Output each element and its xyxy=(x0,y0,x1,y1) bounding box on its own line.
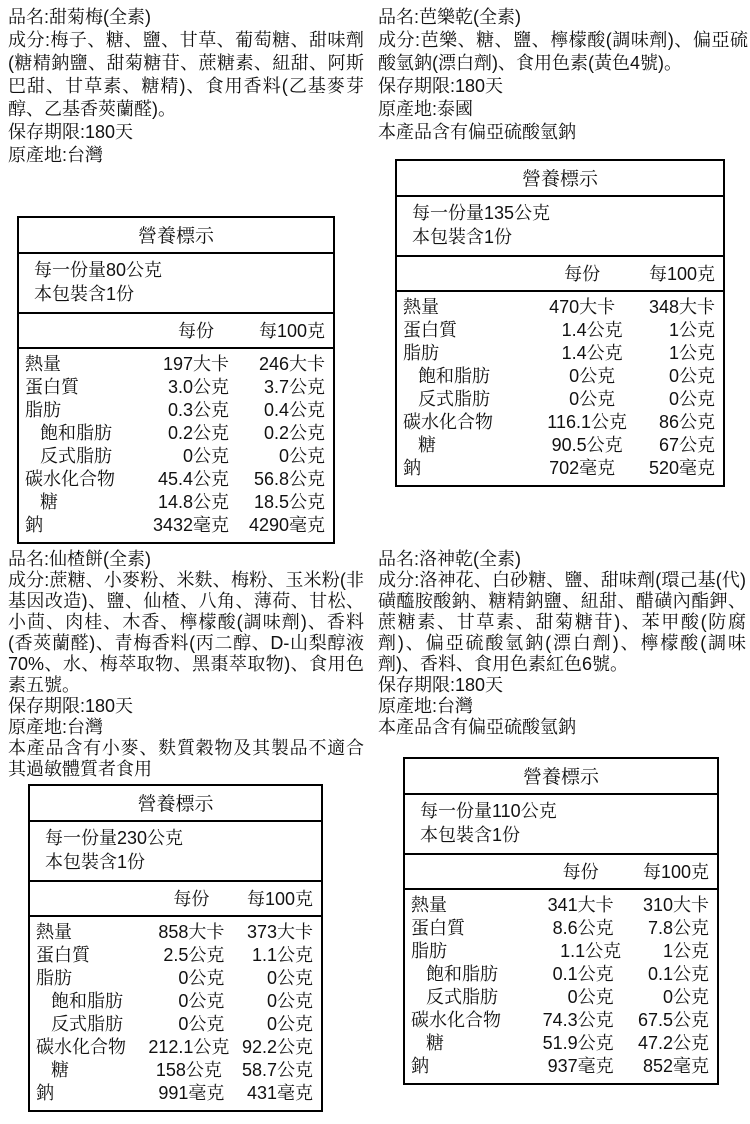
per-serving-value: 470大卡 xyxy=(515,296,615,319)
serving-section: 每一份量80公克 本包裝含1份 xyxy=(19,254,333,314)
per-serving-value: 702毫克 xyxy=(515,457,615,480)
column-header-spacer xyxy=(36,885,136,911)
product-origin: 原產地:台灣 xyxy=(8,144,364,167)
product-origin: 原產地:泰國 xyxy=(378,98,748,121)
nutrition-row: 糖 158公克 58.7公克 xyxy=(36,1059,313,1082)
product-info-hawthorn-cake: 品名:仙楂餅(全素) 成分:蔗糖、小麥粉、米麩、梅粉、玉米粉(非基因改造)、鹽、… xyxy=(8,549,364,780)
col-header-per-serving: 每份 xyxy=(515,260,600,286)
column-header-spacer xyxy=(411,858,518,884)
product-shelf-life: 保存期限:180天 xyxy=(378,75,748,98)
nutrition-row: 碳水化合物 74.3公克 67.5公克 xyxy=(411,1009,709,1032)
per-serving-value: 116.1公克 xyxy=(515,411,627,434)
nutrient-label: 鈉 xyxy=(36,1082,136,1105)
product-name: 品名:芭樂乾(全素) xyxy=(378,6,748,29)
col-header-per-serving: 每份 xyxy=(133,317,214,343)
per-100g-value: 373大卡 xyxy=(224,921,313,944)
nutrient-label: 碳水化合物 xyxy=(403,411,515,434)
per-100g-value: 0.4公克 xyxy=(229,399,325,422)
per-100g-value: 0.2公克 xyxy=(229,422,325,445)
per-serving-value: 991毫克 xyxy=(136,1082,225,1105)
nutrient-label: 飽和脂肪 xyxy=(25,422,133,445)
product-name: 品名:仙楂餅(全素) xyxy=(8,549,364,570)
nutrition-body: 熱量 858大卡 373大卡 蛋白質 2.5公克 1.1公克 脂肪 0公克 0公… xyxy=(30,917,321,1110)
nutrition-row: 脂肪 1.1公克 1公克 xyxy=(411,940,709,963)
column-headers: 每份 每100克 xyxy=(19,314,333,349)
nutrient-label: 飽和脂肪 xyxy=(36,990,136,1013)
per-serving-value: 0公克 xyxy=(515,388,615,411)
nutrient-label: 熱量 xyxy=(403,296,515,319)
product-ingredients: 成分:芭樂、糖、鹽、檸檬酸(調味劑)、偏亞硫酸氫鈉(漂白劑)、食用色素(黃色4號… xyxy=(378,29,748,75)
per-100g-value: 58.7公克 xyxy=(222,1059,313,1082)
per-serving-value: 0公克 xyxy=(136,1013,225,1036)
per-100g-value: 0公克 xyxy=(224,967,313,990)
servings-per-pack: 本包裝含1份 xyxy=(34,282,325,306)
nutrient-label: 反式脂肪 xyxy=(36,1013,136,1036)
product-note: 本產品含有偏亞硫酸氫鈉 xyxy=(378,717,746,738)
product-ingredients: 成分:梅子、糖、鹽、甘草、葡萄糖、甜味劑(糖精鈉鹽、甜菊糖苷、蔗糖素、紐甜、阿斯… xyxy=(8,29,364,121)
per-serving-value: 0公克 xyxy=(518,986,613,1009)
column-headers: 每份 每100克 xyxy=(30,882,321,917)
nutrition-row: 脂肪 1.4公克 1公克 xyxy=(403,342,715,365)
per-serving-value: 212.1公克 xyxy=(136,1036,230,1059)
serving-section: 每一份量230公克 本包裝含1份 xyxy=(30,822,321,882)
nutrition-row: 脂肪 0.3公克 0.4公克 xyxy=(25,399,325,422)
product-name: 品名:洛神乾(全素) xyxy=(378,549,746,570)
per-100g-value: 67公克 xyxy=(623,434,715,457)
serving-section: 每一份量135公克 本包裝含1份 xyxy=(397,197,723,257)
nutrition-row: 鈉 991毫克 431毫克 xyxy=(36,1082,313,1105)
nutrient-label: 熱量 xyxy=(36,921,136,944)
nutrient-label: 蛋白質 xyxy=(36,944,136,967)
nutrition-row: 熱量 858大卡 373大卡 xyxy=(36,921,313,944)
per-100g-value: 0公克 xyxy=(615,388,715,411)
col-header-per-100g: 每100克 xyxy=(214,317,325,343)
nutrition-row: 飽和脂肪 0.2公克 0.2公克 xyxy=(25,422,325,445)
nutrition-row: 反式脂肪 0公克 0公克 xyxy=(411,986,709,1009)
per-100g-value: 67.5公克 xyxy=(614,1009,709,1032)
nutrient-label: 糖 xyxy=(25,491,133,514)
per-100g-value: 852毫克 xyxy=(614,1055,709,1078)
column-header-spacer xyxy=(25,317,133,343)
per-serving-value: 3.0公克 xyxy=(133,376,229,399)
per-100g-value: 92.2公克 xyxy=(229,1036,313,1059)
per-serving-value: 8.6公克 xyxy=(518,917,613,940)
nutrition-body: 熱量 470大卡 348大卡 蛋白質 1.4公克 1公克 脂肪 1.4公克 1公… xyxy=(397,292,723,485)
nutrition-table-dried-guava: 營養標示 每一份量135公克 本包裝含1份 每份 每100克 熱量 470大卡 … xyxy=(395,159,725,487)
nutrition-row: 糖 90.5公克 67公克 xyxy=(403,434,715,457)
product-ingredients: 成分:蔗糖、小麥粉、米麩、梅粉、玉米粉(非基因改造)、鹽、仙楂、八角、薄荷、甘松… xyxy=(8,570,364,696)
page: { "products": [ { "name": "品名:甜菊梅(全素)", … xyxy=(0,0,750,1124)
nutrition-table-dried-roselle: 營養標示 每一份量110公克 本包裝含1份 每份 每100克 熱量 341大卡 … xyxy=(403,757,719,1085)
nutrition-row: 鈉 702毫克 520毫克 xyxy=(403,457,715,480)
nutrient-label: 飽和脂肪 xyxy=(411,963,518,986)
nutrition-title: 營養標示 xyxy=(405,759,717,795)
per-100g-value: 3.7公克 xyxy=(229,376,325,399)
nutrition-row: 蛋白質 8.6公克 7.8公克 xyxy=(411,917,709,940)
serving-size: 每一份量80公克 xyxy=(34,258,325,282)
per-serving-value: 0公克 xyxy=(136,990,225,1013)
nutrient-label: 脂肪 xyxy=(403,342,515,365)
nutrition-row: 熱量 341大卡 310大卡 xyxy=(411,894,709,917)
per-100g-value: 0公克 xyxy=(614,986,709,1009)
nutrition-row: 反式脂肪 0公克 0公克 xyxy=(25,445,325,468)
nutrition-row: 鈉 937毫克 852毫克 xyxy=(411,1055,709,1078)
nutrition-row: 反式脂肪 0公克 0公克 xyxy=(36,1013,313,1036)
product-origin: 原產地:台灣 xyxy=(378,696,746,717)
per-100g-value: 1公克 xyxy=(623,319,715,342)
product-shelf-life: 保存期限:180天 xyxy=(8,121,364,144)
nutrition-table-stevia-plum: 營養標示 每一份量80公克 本包裝含1份 每份 每100克 熱量 197大卡 2… xyxy=(17,216,335,544)
per-100g-value: 1公克 xyxy=(621,940,709,963)
nutrition-row: 碳水化合物 45.4公克 56.8公克 xyxy=(25,468,325,491)
per-serving-value: 0.1公克 xyxy=(518,963,613,986)
nutrient-label: 熱量 xyxy=(25,353,133,376)
col-header-per-100g: 每100克 xyxy=(209,885,313,911)
nutrition-row: 蛋白質 2.5公克 1.1公克 xyxy=(36,944,313,967)
col-header-per-serving: 每份 xyxy=(518,858,598,884)
per-serving-value: 158公克 xyxy=(136,1059,222,1082)
col-header-per-100g: 每100克 xyxy=(599,858,709,884)
nutrition-table-hawthorn-cake: 營養標示 每一份量230公克 本包裝含1份 每份 每100克 熱量 858大卡 … xyxy=(28,784,323,1112)
column-header-spacer xyxy=(403,260,515,286)
per-100g-value: 348大卡 xyxy=(615,296,715,319)
serving-size: 每一份量110公克 xyxy=(420,799,709,823)
per-serving-value: 0公克 xyxy=(515,365,615,388)
per-serving-value: 3432毫克 xyxy=(133,514,229,537)
per-serving-value: 858大卡 xyxy=(136,921,225,944)
per-serving-value: 197大卡 xyxy=(133,353,229,376)
nutrition-title: 營養標示 xyxy=(30,786,321,822)
product-origin: 原產地:台灣 xyxy=(8,717,364,738)
per-serving-value: 2.5公克 xyxy=(136,944,225,967)
column-headers: 每份 每100克 xyxy=(397,257,723,292)
nutrient-label: 鈉 xyxy=(25,514,133,537)
servings-per-pack: 本包裝含1份 xyxy=(412,225,715,249)
product-note: 本產品含有偏亞硫酸氫鈉 xyxy=(378,121,748,144)
nutrition-row: 熱量 197大卡 246大卡 xyxy=(25,353,325,376)
nutrient-label: 糖 xyxy=(403,434,515,457)
per-serving-value: 14.8公克 xyxy=(133,491,229,514)
per-serving-value: 341大卡 xyxy=(518,894,613,917)
nutrient-label: 飽和脂肪 xyxy=(403,365,515,388)
nutrient-label: 糖 xyxy=(36,1059,136,1082)
serving-size: 每一份量135公克 xyxy=(412,201,715,225)
product-name: 品名:甜菊梅(全素) xyxy=(8,6,364,29)
product-shelf-life: 保存期限:180天 xyxy=(378,675,746,696)
nutrient-label: 反式脂肪 xyxy=(25,445,133,468)
nutrient-label: 碳水化合物 xyxy=(411,1009,518,1032)
per-serving-value: 45.4公克 xyxy=(133,468,229,491)
nutrition-row: 反式脂肪 0公克 0公克 xyxy=(403,388,715,411)
per-serving-value: 1.4公克 xyxy=(515,319,622,342)
nutrient-label: 蛋白質 xyxy=(403,319,515,342)
per-serving-value: 90.5公克 xyxy=(515,434,622,457)
nutrition-body: 熱量 341大卡 310大卡 蛋白質 8.6公克 7.8公克 脂肪 1.1公克 … xyxy=(405,890,717,1083)
nutrient-label: 碳水化合物 xyxy=(25,468,133,491)
nutrition-row: 碳水化合物 212.1公克 92.2公克 xyxy=(36,1036,313,1059)
per-100g-value: 4290毫克 xyxy=(229,514,325,537)
product-note: 本產品含有小麥、麩質穀物及其製品不適合其過敏體質者食用 xyxy=(8,738,364,780)
servings-per-pack: 本包裝含1份 xyxy=(420,823,709,847)
per-100g-value: 0公克 xyxy=(615,365,715,388)
per-serving-value: 51.9公克 xyxy=(518,1032,613,1055)
servings-per-pack: 本包裝含1份 xyxy=(45,850,313,874)
product-info-dried-guava: 品名:芭樂乾(全素) 成分:芭樂、糖、鹽、檸檬酸(調味劑)、偏亞硫酸氫鈉(漂白劑… xyxy=(378,6,748,144)
per-100g-value: 0.1公克 xyxy=(614,963,709,986)
nutrient-label: 脂肪 xyxy=(25,399,133,422)
per-serving-value: 937毫克 xyxy=(518,1055,613,1078)
nutrient-label: 碳水化合物 xyxy=(36,1036,136,1059)
nutrient-label: 糖 xyxy=(411,1032,518,1055)
nutrition-title: 營養標示 xyxy=(397,161,723,197)
per-100g-value: 1.1公克 xyxy=(224,944,313,967)
per-100g-value: 0公克 xyxy=(224,1013,313,1036)
per-100g-value: 18.5公克 xyxy=(229,491,325,514)
nutrient-label: 蛋白質 xyxy=(25,376,133,399)
per-100g-value: 56.8公克 xyxy=(229,468,325,491)
per-serving-value: 0公克 xyxy=(136,967,225,990)
nutrition-row: 碳水化合物 116.1公克 86公克 xyxy=(403,411,715,434)
per-serving-value: 0.2公克 xyxy=(133,422,229,445)
per-100g-value: 520毫克 xyxy=(615,457,715,480)
nutrition-row: 蛋白質 3.0公克 3.7公克 xyxy=(25,376,325,399)
per-100g-value: 431毫克 xyxy=(224,1082,313,1105)
per-100g-value: 1公克 xyxy=(623,342,715,365)
nutrition-row: 脂肪 0公克 0公克 xyxy=(36,967,313,990)
nutrient-label: 鈉 xyxy=(411,1055,518,1078)
per-100g-value: 0公克 xyxy=(229,445,325,468)
nutrient-label: 熱量 xyxy=(411,894,518,917)
per-100g-value: 7.8公克 xyxy=(614,917,709,940)
per-serving-value: 0公克 xyxy=(133,445,229,468)
column-headers: 每份 每100克 xyxy=(405,855,717,890)
per-serving-value: 74.3公克 xyxy=(518,1009,613,1032)
nutrition-row: 飽和脂肪 0.1公克 0.1公克 xyxy=(411,963,709,986)
nutrition-row: 糖 51.9公克 47.2公克 xyxy=(411,1032,709,1055)
col-header-per-100g: 每100克 xyxy=(600,260,715,286)
product-ingredients: 成分:洛神花、白砂糖、鹽、甜味劑(環己基(代)磺醯胺酸鈉、糖精鈉鹽、紐甜、醋磺內… xyxy=(378,570,746,675)
per-serving-value: 1.1公克 xyxy=(518,940,621,963)
nutrition-row: 飽和脂肪 0公克 0公克 xyxy=(403,365,715,388)
serving-size: 每一份量230公克 xyxy=(45,826,313,850)
per-100g-value: 310大卡 xyxy=(614,894,709,917)
nutrient-label: 鈉 xyxy=(403,457,515,480)
per-100g-value: 0公克 xyxy=(224,990,313,1013)
per-serving-value: 1.4公克 xyxy=(515,342,622,365)
nutrient-label: 反式脂肪 xyxy=(411,986,518,1009)
serving-section: 每一份量110公克 本包裝含1份 xyxy=(405,795,717,855)
per-serving-value: 0.3公克 xyxy=(133,399,229,422)
nutrient-label: 蛋白質 xyxy=(411,917,518,940)
nutrition-row: 熱量 470大卡 348大卡 xyxy=(403,296,715,319)
nutrition-body: 熱量 197大卡 246大卡 蛋白質 3.0公克 3.7公克 脂肪 0.3公克 … xyxy=(19,349,333,542)
per-100g-value: 86公克 xyxy=(627,411,715,434)
product-info-dried-roselle: 品名:洛神乾(全素) 成分:洛神花、白砂糖、鹽、甜味劑(環己基(代)磺醯胺酸鈉、… xyxy=(378,549,746,738)
nutrition-row: 飽和脂肪 0公克 0公克 xyxy=(36,990,313,1013)
product-shelf-life: 保存期限:180天 xyxy=(8,696,364,717)
nutrition-row: 蛋白質 1.4公克 1公克 xyxy=(403,319,715,342)
per-100g-value: 47.2公克 xyxy=(614,1032,709,1055)
col-header-per-serving: 每份 xyxy=(136,885,210,911)
per-100g-value: 246大卡 xyxy=(229,353,325,376)
nutrient-label: 脂肪 xyxy=(411,940,518,963)
nutrition-row: 鈉 3432毫克 4290毫克 xyxy=(25,514,325,537)
nutrient-label: 反式脂肪 xyxy=(403,388,515,411)
nutrition-title: 營養標示 xyxy=(19,218,333,254)
nutrition-row: 糖 14.8公克 18.5公克 xyxy=(25,491,325,514)
product-info-stevia-plum: 品名:甜菊梅(全素) 成分:梅子、糖、鹽、甘草、葡萄糖、甜味劑(糖精鈉鹽、甜菊糖… xyxy=(8,6,364,167)
nutrient-label: 脂肪 xyxy=(36,967,136,990)
